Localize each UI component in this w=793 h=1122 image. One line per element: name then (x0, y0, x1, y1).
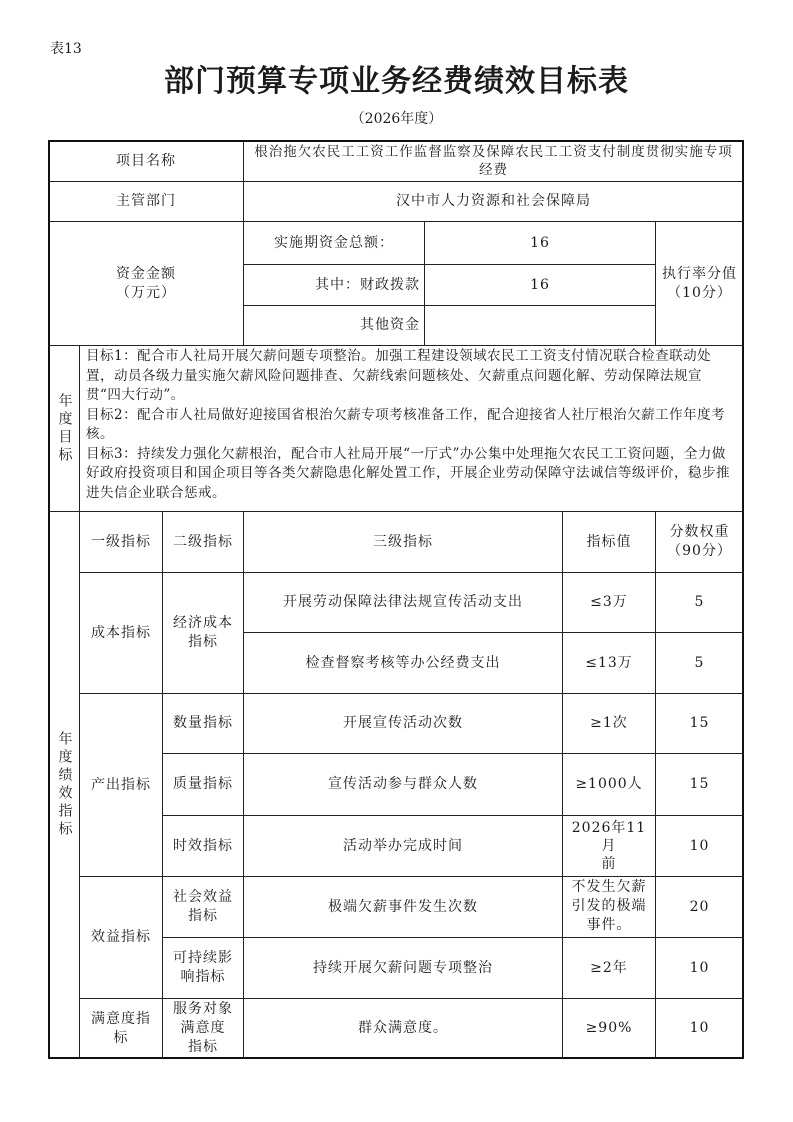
level3-cell: 检查督察考核等办公经费支出 (243, 632, 563, 694)
header-level3: 三级指标 (243, 511, 563, 573)
header-weight: 分数权重 （90分） (655, 511, 744, 573)
level1-output: 产出指标 (79, 693, 163, 877)
level2-cell: 时效指标 (162, 815, 244, 877)
fiscal-funds-value: 16 (424, 264, 656, 306)
other-funds-label: 其他资金 (243, 305, 425, 346)
page-title: 部门预算专项业务经费绩效目标表 (0, 56, 793, 100)
level2-cell: 社会效益 指标 (162, 876, 244, 938)
total-funds-value: 16 (424, 221, 656, 265)
level1-cost: 成本指标 (79, 572, 163, 694)
header-level2: 二级指标 (162, 511, 244, 573)
level3-cell: 宣传活动参与群众人数 (243, 753, 563, 816)
level2-cell: 可持续影 响指标 (162, 937, 244, 999)
indicator-weight: 5 (655, 572, 744, 633)
indicator-weight: 5 (655, 632, 744, 694)
indicator-value: ≥1次 (562, 693, 656, 754)
fiscal-year: （2026年度） (0, 108, 793, 128)
indicator-weight: 15 (655, 693, 744, 754)
indicator-value: ≥90% (562, 998, 656, 1059)
level3-cell: 开展劳动保障法律法规宣传活动支出 (243, 572, 563, 633)
performance-indicators-label: 年度绩效指标 (48, 511, 80, 1059)
indicator-value: 不发生欠薪 引发的极端 事件。 (562, 876, 656, 938)
indicator-weight: 20 (655, 876, 744, 938)
department-label: 主管部门 (48, 181, 244, 222)
level1-satisfaction: 满意度指 标 (79, 998, 163, 1059)
level2-economic-cost: 经济成本 指标 (162, 572, 244, 694)
goal-1: 目标1：配合市人社局开展欠薪问题专项整治。加强工程建设领域农民工工资支付情况联合… (86, 347, 737, 406)
other-funds-value (424, 305, 656, 346)
department-value: 汉中市人力资源和社会保障局 (243, 181, 744, 222)
level1-benefit: 效益指标 (79, 876, 163, 999)
level2-cell: 服务对象 满意度 指标 (162, 998, 244, 1059)
level2-cell: 数量指标 (162, 693, 244, 754)
level3-cell: 活动举办完成时间 (243, 815, 563, 877)
funds-label: 资金金额 （万元） (48, 221, 244, 346)
total-funds-label: 实施期资金总额： (243, 221, 425, 265)
indicator-weight: 10 (655, 815, 744, 877)
indicator-value: 2026年11月 前 (562, 815, 656, 877)
goal-3: 目标3：持续发力强化欠薪根治，配合市人社局开展“一厅式”办公集中处理拖欠农民工工… (86, 445, 737, 504)
header-level1: 一级指标 (79, 511, 163, 573)
level3-cell: 群众满意度。 (243, 998, 563, 1059)
indicator-value: ≥2年 (562, 937, 656, 999)
indicator-weight: 15 (655, 753, 744, 816)
level3-cell: 开展宣传活动次数 (243, 693, 563, 754)
indicator-weight: 10 (655, 998, 744, 1059)
annual-goals-label: 年度目标 (48, 345, 80, 512)
level2-cell: 质量指标 (162, 753, 244, 816)
fiscal-funds-label: 其中：财政拨款 (243, 264, 425, 306)
annual-goals-content: 目标1：配合市人社局开展欠薪问题专项整治。加强工程建设领域农民工工资支付情况联合… (79, 345, 744, 512)
indicator-value: ≤3万 (562, 572, 656, 633)
project-name-value: 根治拖欠农民工工资工作监督监察及保障农民工工资支付制度贯彻实施专项经费 (243, 140, 744, 182)
indicator-value: ≤13万 (562, 632, 656, 694)
header-value: 指标值 (562, 511, 656, 573)
table-number: 表13 (50, 38, 82, 58)
execution-rate-label: 执行率分值 （10分） (655, 221, 744, 346)
level3-cell: 极端欠薪事件发生次数 (243, 876, 563, 938)
level3-cell: 持续开展欠薪问题专项整治 (243, 937, 563, 999)
project-name-label: 项目名称 (48, 140, 244, 182)
indicator-weight: 10 (655, 937, 744, 999)
goal-2: 目标2：配合市人社局做好迎接国省根治欠薪专项考核准备工作，配合迎接省人社厅根治欠… (86, 406, 737, 445)
indicator-value: ≥1000人 (562, 753, 656, 816)
